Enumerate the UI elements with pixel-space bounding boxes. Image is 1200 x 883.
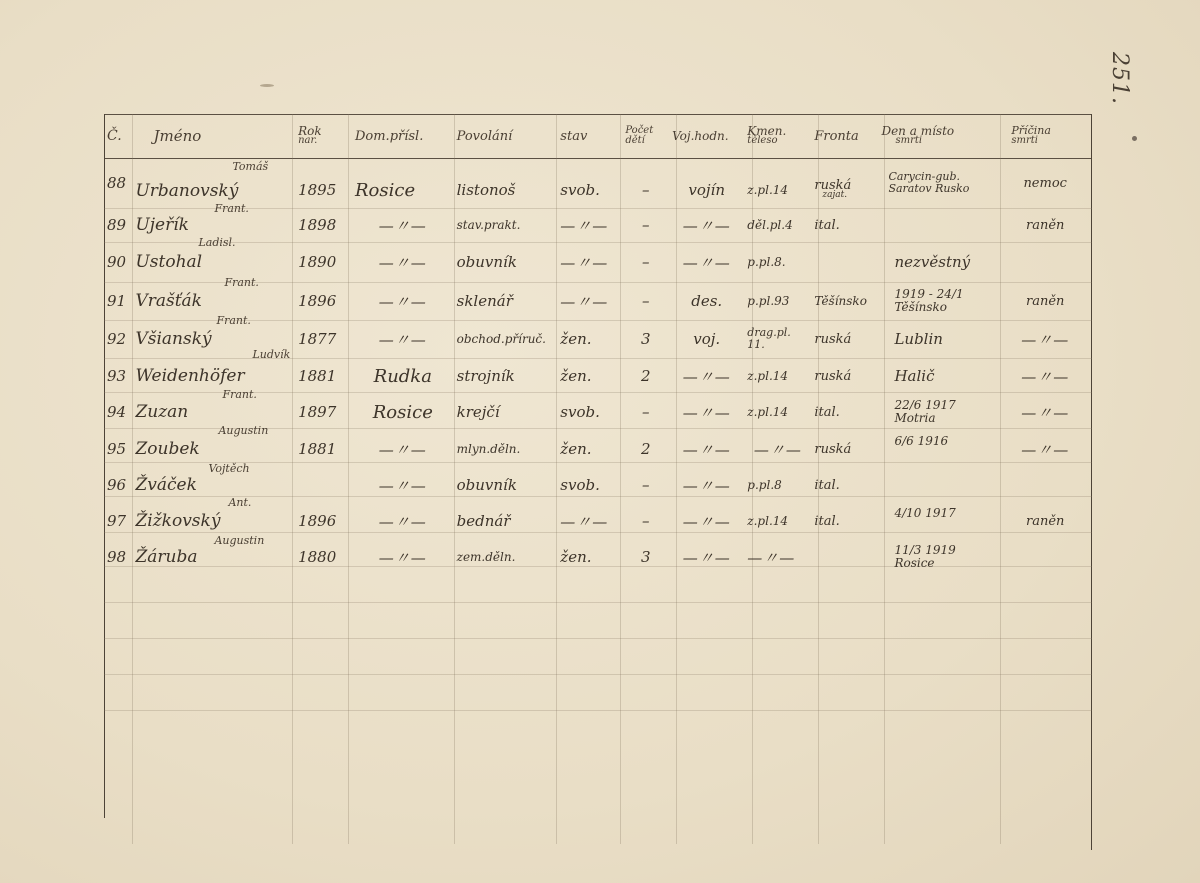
entry-number: 97	[104, 502, 132, 540]
birth-year: 1896	[295, 282, 352, 320]
paper-mark	[260, 84, 274, 87]
birth-year: 1898	[295, 208, 352, 242]
header-number: Č.	[104, 114, 132, 158]
marital-status: svob.	[557, 158, 622, 208]
front: ruská	[811, 430, 878, 468]
children: 2	[622, 358, 669, 394]
front: ital.	[811, 468, 878, 502]
header-children: Početdětí	[622, 114, 669, 158]
header-row: Č. Jméno Roknar. Dom.přísl. Povolání sta…	[104, 114, 1092, 158]
unit: z.pl.14	[744, 394, 811, 430]
table-row: 95 AugustinZoubek 1881 —〃— mlyn.děln. že…	[104, 430, 1092, 468]
military-rank: —〃—	[669, 430, 744, 468]
birth-year: 1896	[295, 502, 352, 540]
surname: Zoubek	[135, 439, 199, 459]
occupation: obuvník	[454, 242, 558, 282]
occupation: sklenář	[454, 282, 558, 320]
death-date-place	[878, 468, 998, 502]
children: –	[622, 158, 669, 208]
birth-year: 1897	[295, 394, 352, 430]
cause-of-death: raněn	[998, 282, 1092, 320]
children: –	[622, 394, 669, 430]
marital-status: žen.	[557, 358, 622, 394]
given-name: Ludvík	[252, 348, 290, 361]
birth-year: 1877	[295, 320, 352, 358]
children: –	[622, 282, 669, 320]
occupation: obchod.příruč.	[454, 320, 558, 358]
front: ital.	[811, 502, 878, 540]
entry-name: LudvíkWeidenhöfer	[132, 358, 295, 394]
death-date-place: 4/10 1917	[878, 502, 998, 540]
front: ruská	[811, 320, 878, 358]
given-name: Ladisl.	[198, 236, 235, 249]
entry-number: 98	[104, 540, 132, 574]
cause-of-death: —〃—	[998, 320, 1092, 358]
birth-year: 1895	[295, 158, 352, 208]
unit: p.pl.93	[744, 282, 811, 320]
military-rank: —〃—	[669, 394, 744, 430]
marital-status: žen.	[557, 320, 622, 358]
children: 3	[622, 540, 669, 574]
military-rank: —〃—	[669, 208, 744, 242]
entry-name: Frant.Vrašťák	[132, 282, 295, 320]
military-rank: —〃—	[669, 540, 744, 574]
given-name: Tomáš	[232, 160, 268, 173]
entry-number: 91	[104, 282, 132, 320]
front: ital.	[811, 208, 878, 242]
unit: děl.pl.4	[744, 208, 811, 242]
children: 2	[622, 430, 669, 468]
given-name: Augustin	[218, 424, 268, 437]
entry-name: VojtěchŽváček	[132, 468, 295, 502]
ledger-table: Č. Jméno Roknar. Dom.přísl. Povolání sta…	[104, 114, 1092, 574]
table-row: 88 TomášUrbanovský 1895 Rosice listonoš …	[104, 158, 1092, 208]
domicile: —〃—	[352, 430, 454, 468]
surname: Všianský	[135, 329, 211, 349]
header-front: Fronta	[811, 114, 878, 158]
surname: Žáruba	[135, 547, 197, 567]
header-birth-year: Roknar.	[295, 114, 352, 158]
surname: Weidenhöfer	[135, 366, 244, 386]
children: –	[622, 208, 669, 242]
unit: z.pl.14	[744, 358, 811, 394]
military-rank: —〃—	[669, 468, 744, 502]
domicile: —〃—	[352, 320, 454, 358]
cause-of-death	[998, 468, 1092, 502]
domicile: —〃—	[352, 540, 454, 574]
cause-of-death: —〃—	[998, 430, 1092, 468]
cause-of-death	[998, 242, 1092, 282]
unit: z.pl.14	[744, 502, 811, 540]
entry-name: AugustinŽáruba	[132, 540, 295, 574]
cause-of-death: raněn	[998, 502, 1092, 540]
surname: Ustohal	[135, 252, 202, 272]
death-date-place	[878, 208, 998, 242]
cause-of-death	[998, 540, 1092, 574]
domicile: —〃—	[352, 468, 454, 502]
occupation: listonoš	[454, 158, 558, 208]
surname: Urbanovský	[135, 181, 238, 201]
table-row: 96 VojtěchŽváček —〃— obuvník svob. – —〃—…	[104, 468, 1092, 502]
given-name: Frant.	[216, 314, 250, 327]
children: –	[622, 468, 669, 502]
row-rule	[104, 602, 1092, 603]
row-rule	[104, 674, 1092, 675]
table-row: 98 AugustinŽáruba 1880 —〃— zem.děln. žen…	[104, 540, 1092, 574]
military-rank: vojín	[669, 158, 744, 208]
front: ruskázajat.	[811, 158, 878, 208]
birth-year: 1880	[295, 540, 352, 574]
marital-status: svob.	[557, 394, 622, 430]
birth-year: 1890	[295, 242, 352, 282]
given-name: Frant.	[214, 202, 248, 215]
death-date-place: 6/6 1916	[878, 430, 998, 468]
table-row: 89 Frant.Ujeřík 1898 —〃— stav.prakt. —〃—…	[104, 208, 1092, 242]
occupation: bednář	[454, 502, 558, 540]
death-date-place: 1919 - 24/1 Těšínsko	[878, 282, 998, 320]
death-date-place: 22/6 1917 Motria	[878, 394, 998, 430]
marital-status: svob.	[557, 468, 622, 502]
header-domicile: Dom.přísl.	[352, 114, 454, 158]
military-rank: voj.	[669, 320, 744, 358]
entry-number: 95	[104, 430, 132, 468]
marital-status: —〃—	[557, 282, 622, 320]
occupation: zem.děln.	[454, 540, 558, 574]
header-death-date-place: Den a místosmrti	[878, 114, 998, 158]
surname: Vrašťák	[135, 291, 202, 311]
occupation: mlyn.děln.	[454, 430, 558, 468]
domicile: Rudka	[352, 358, 454, 394]
unit: z.pl.14	[744, 158, 811, 208]
domicile: Rosice	[352, 394, 454, 430]
header-cause-of-death: Příčinasmrti	[998, 114, 1092, 158]
header-military-rank: Voj.hodn.	[669, 114, 744, 158]
military-rank: —〃—	[669, 358, 744, 394]
domicile: Rosice	[352, 158, 454, 208]
unit: p.pl.8.	[744, 242, 811, 282]
unit: —〃—	[744, 540, 811, 574]
table-row: 91 Frant.Vrašťák 1896 —〃— sklenář —〃— – …	[104, 282, 1092, 320]
marital-status: —〃—	[557, 242, 622, 282]
unit: —〃—	[744, 430, 811, 468]
cause-of-death: nemoc	[998, 158, 1092, 208]
front	[811, 540, 878, 574]
death-date-place: nezvěstný	[878, 242, 998, 282]
entry-name: Frant.Zuzan	[132, 394, 295, 430]
entry-number: 93	[104, 358, 132, 394]
entry-name: Ladisl.Ustohal	[132, 242, 295, 282]
entry-number: 94	[104, 394, 132, 430]
military-rank: —〃—	[669, 502, 744, 540]
given-name: Frant.	[224, 276, 258, 289]
marital-status: žen.	[557, 540, 622, 574]
row-rule	[104, 710, 1092, 711]
surname: Zuzan	[135, 402, 188, 422]
front: Těšínsko	[811, 282, 878, 320]
entry-number: 96	[104, 468, 132, 502]
children: –	[622, 502, 669, 540]
entry-number: 90	[104, 242, 132, 282]
occupation: obuvník	[454, 468, 558, 502]
entry-number: 88	[104, 158, 132, 208]
front: ruská	[811, 358, 878, 394]
header-unit: Kmen.těleso	[744, 114, 811, 158]
occupation: strojník	[454, 358, 558, 394]
entry-name: TomášUrbanovský	[132, 158, 295, 208]
surname: Žváček	[135, 475, 196, 495]
surname: Žižkovský	[135, 511, 220, 531]
cause-of-death: raněn	[998, 208, 1092, 242]
birth-year	[295, 468, 352, 502]
front: ital.	[811, 394, 878, 430]
death-date-place: Lublin	[878, 320, 998, 358]
given-name: Frant.	[222, 388, 256, 401]
unit: drag.pl. 11.	[744, 320, 811, 358]
children: 3	[622, 320, 669, 358]
given-name: Augustin	[214, 534, 264, 547]
given-name: Vojtěch	[208, 462, 249, 475]
page-number: 251.	[1107, 52, 1132, 105]
children: –	[622, 242, 669, 282]
marital-status: —〃—	[557, 502, 622, 540]
birth-year: 1881	[295, 430, 352, 468]
header-name: Jméno	[132, 114, 295, 158]
domicile: —〃—	[352, 502, 454, 540]
marital-status: —〃—	[557, 208, 622, 242]
cause-of-death: —〃—	[998, 358, 1092, 394]
header-occupation: Povolání	[454, 114, 558, 158]
death-date-place: Halič	[878, 358, 998, 394]
death-date-place: Carycin-gub. Saratov Rusko	[878, 158, 998, 208]
military-rank: des.	[669, 282, 744, 320]
unit: p.pl.8	[744, 468, 811, 502]
entry-number: 92	[104, 320, 132, 358]
domicile: —〃—	[352, 242, 454, 282]
given-name: Ant.	[228, 496, 251, 509]
occupation: krejčí	[454, 394, 558, 430]
front	[811, 242, 878, 282]
row-rule	[104, 638, 1092, 639]
death-date-place: 11/3 1919 Rosice	[878, 540, 998, 574]
birth-year: 1881	[295, 358, 352, 394]
marital-status: žen.	[557, 430, 622, 468]
occupation: stav.prakt.	[454, 208, 558, 242]
surname: Ujeřík	[135, 215, 189, 235]
header-marital-status: stav	[557, 114, 622, 158]
ink-speck	[1132, 136, 1137, 141]
domicile: —〃—	[352, 282, 454, 320]
military-rank: —〃—	[669, 242, 744, 282]
domicile: —〃—	[352, 208, 454, 242]
cause-of-death: —〃—	[998, 394, 1092, 430]
entry-number: 89	[104, 208, 132, 242]
